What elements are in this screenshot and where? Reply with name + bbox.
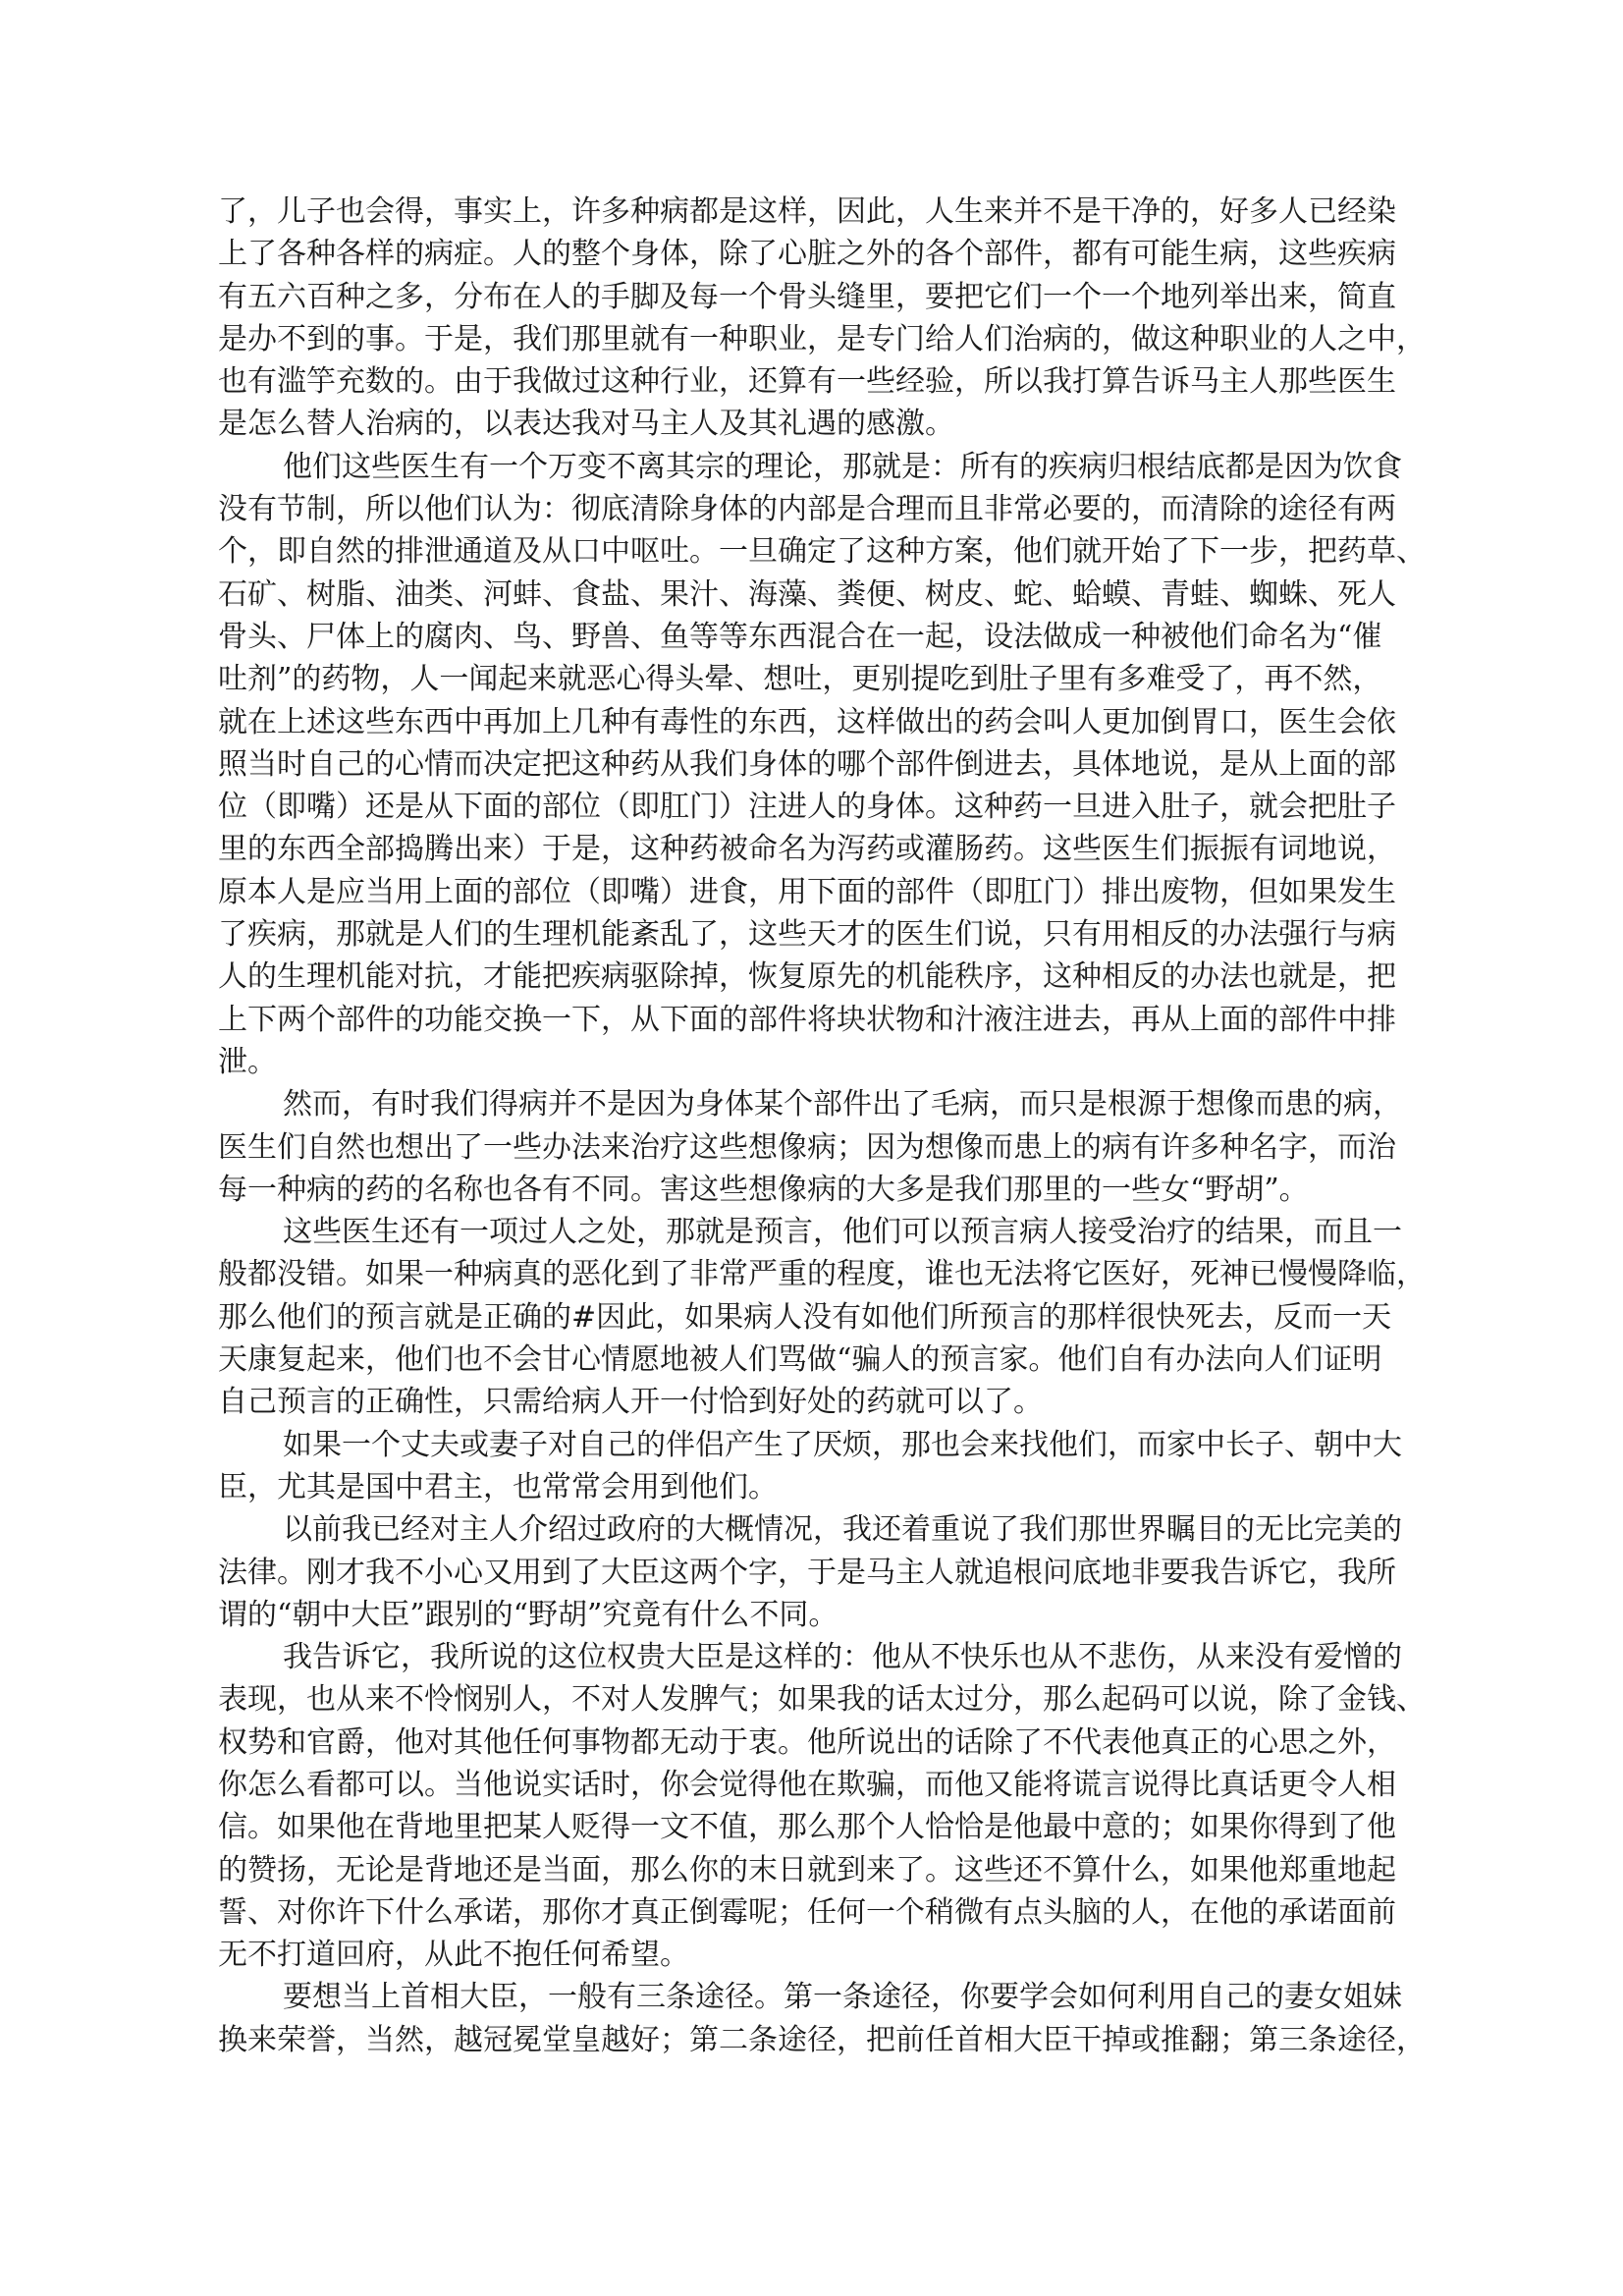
text-line: 然而，有时我们得病并不是因为身体某个部件出了毛病，而只是根源于想像而患的病，: [218, 1083, 1379, 1125]
text-line: 他们这些医生有一个万变不离其宗的理论，那就是：所有的疾病归根结底都是因为饮食: [218, 446, 1379, 488]
text-line: 上了各种各样的病症。人的整个身体，除了心脏之外的各个部件，都有可能生病，这些疾病: [218, 233, 1379, 275]
text-line: 臣，尤其是国中君主，也常常会用到他们。: [218, 1466, 1379, 1508]
paragraph: 我告诉它，我所说的这位权贵大臣是这样的：他从不快乐也从不悲伤，从来没有爱憎的 表…: [218, 1636, 1379, 1976]
text-line: 骨头、尸体上的腐肉、鸟、野兽、鱼等等东西混合在一起，设法做成一种被他们命名为“催: [218, 616, 1379, 658]
text-line: 人的生理机能对抗，才能把疾病驱除掉，恢复原先的机能秩序，这种相反的办法也就是，把: [218, 956, 1379, 998]
text-line: 没有节制，所以他们认为：彻底清除身体的内部是合理而且非常必要的，而清除的途径有两: [218, 488, 1379, 530]
text-line: 换来荣誉，当然，越冠冕堂皇越好；第二条途径，把前任首相大臣干掉或推翻；第三条途径…: [218, 2019, 1379, 2061]
text-line: 的赞扬，无论是背地还是当面，那么你的末日就到来了。这些还不算什么，如果他郑重地起: [218, 1849, 1379, 1891]
paragraph: 以前我已经对主人介绍过政府的大概情况，我还着重说了我们那世界瞩目的无比完美的 法…: [218, 1508, 1379, 1636]
document-page: 了，儿子也会得，事实上，许多种病都是这样，因此，人生来并不是干净的，好多人已经染…: [218, 191, 1379, 2061]
text-line: 谓的“朝中大臣”跟别的“野胡”究竟有什么不同。: [218, 1594, 1379, 1636]
text-line: 如果一个丈夫或妻子对自己的伴侣产生了厌烦，那也会来找他们，而家中长子、朝中大: [218, 1424, 1379, 1466]
text-line: 也有滥竽充数的。由于我做过这种行业，还算有一些经验，所以我打算告诉马主人那些医生: [218, 360, 1379, 403]
text-line: 每一种病的药的名称也各有不同。害这些想像病的大多是我们那里的一些女“野胡”。: [218, 1169, 1379, 1211]
text-line: 是怎么替人治病的，以表达我对马主人及其礼遇的感激。: [218, 403, 1379, 445]
paragraph: 要想当上首相大臣，一般有三条途径。第一条途径，你要学会如何利用自己的妻女姐妹 换…: [218, 1976, 1379, 2061]
paragraph: 如果一个丈夫或妻子对自己的伴侣产生了厌烦，那也会来找他们，而家中长子、朝中大 臣…: [218, 1424, 1379, 1509]
text-line: 是办不到的事。于是，我们那里就有一种职业，是专门给人们治病的，做这种职业的人之中…: [218, 318, 1379, 360]
text-line: 里的东西全部捣腾出来）于是，这种药被命名为泻药或灌肠药。这些医生们振振有词地说，: [218, 828, 1379, 870]
paragraph: 这些医生还有一项过人之处，那就是预言，他们可以预言病人接受治疗的结果，而且一 般…: [218, 1211, 1379, 1423]
text-line: 有五六百种之多，分布在人的手脚及每一个骨头缝里，要把它们一个一个地列举出来，简直: [218, 276, 1379, 318]
text-line: 了疾病，那就是人们的生理机能紊乱了，这些天才的医生们说，只有用相反的办法强行与病: [218, 913, 1379, 956]
text-line: 这些医生还有一项过人之处，那就是预言，他们可以预言病人接受治疗的结果，而且一: [218, 1211, 1379, 1253]
text-line: 就在上述这些东西中再加上几种有毒性的东西，这样做出的药会叫人更加倒胃口，医生会依: [218, 701, 1379, 743]
text-line: 我告诉它，我所说的这位权贵大臣是这样的：他从不快乐也从不悲伤，从来没有爱憎的: [218, 1636, 1379, 1678]
text-line: 以前我已经对主人介绍过政府的大概情况，我还着重说了我们那世界瞩目的无比完美的: [218, 1508, 1379, 1551]
text-line: 了，儿子也会得，事实上，许多种病都是这样，因此，人生来并不是干净的，好多人已经染: [218, 191, 1379, 233]
text-line: 信。如果他在背地里把某人贬得一文不值，那么那个人恰恰是他最中意的；如果你得到了他: [218, 1806, 1379, 1848]
text-line: 法律。刚才我不小心又用到了大臣这两个字，于是马主人就追根问底地非要我告诉它，我所: [218, 1552, 1379, 1594]
text-line: 表现，也从来不怜悯别人，不对人发脾气；如果我的话太过分，那么起码可以说，除了金钱…: [218, 1678, 1379, 1721]
text-line: 要想当上首相大臣，一般有三条途径。第一条途径，你要学会如何利用自己的妻女姐妹: [218, 1976, 1379, 2018]
text-line: 你怎么看都可以。当他说实话时，你会觉得他在欺骗，而他又能将谎言说得比真话更令人相: [218, 1764, 1379, 1806]
text-line: 医生们自然也想出了一些办法来治疗这些想像病；因为想像而患上的病有许多种名字，而治: [218, 1126, 1379, 1169]
paragraph: 了，儿子也会得，事实上，许多种病都是这样，因此，人生来并不是干净的，好多人已经染…: [218, 191, 1379, 446]
text-line: 个，即自然的排泄通道及从口中呕吐。一旦确定了这种方案，他们就开始了下一步，把药草…: [218, 530, 1379, 573]
text-line: 誓、对你许下什么承诺，那你才真正倒霉呢；任何一个稍微有点头脑的人，在他的承诺面前: [218, 1891, 1379, 1934]
text-line: 石矿、树脂、油类、河蚌、食盐、果汁、海藻、粪便、树皮、蛇、蛤蟆、青蛙、蜘蛛、死人: [218, 574, 1379, 616]
text-line: 无不打道回府，从此不抱任何希望。: [218, 1934, 1379, 1976]
text-line: 照当时自己的心情而决定把这种药从我们身体的哪个部件倒进去，具体地说，是从上面的部: [218, 743, 1379, 786]
text-line: 泄。: [218, 1041, 1379, 1083]
text-line: 位（即嘴）还是从下面的部位（即肛门）注进人的身体。这种药一旦进入肚子，就会把肚子: [218, 786, 1379, 828]
paragraph: 然而，有时我们得病并不是因为身体某个部件出了毛病，而只是根源于想像而患的病， 医…: [218, 1083, 1379, 1211]
text-line: 般都没错。如果一种病真的恶化到了非常严重的程度，谁也无法将它医好，死神已慢慢降临…: [218, 1253, 1379, 1295]
text-line: 吐剂”的药物，人一闻起来就恶心得头晕、想吐，更别提吃到肚子里有多难受了，再不然，: [218, 658, 1379, 700]
text-line: 权势和官爵，他对其他任何事物都无动于衷。他所说出的话除了不代表他真正的心思之外，: [218, 1722, 1379, 1764]
text-line: 那么他们的预言就是正确的#因此，如果病人没有如他们所预言的那样很快死去，反而一天: [218, 1296, 1379, 1339]
text-line: 上下两个部件的功能交换一下，从下面的部件将块状物和汁液注进去，再从上面的部件中排: [218, 999, 1379, 1041]
text-line: 自己预言的正确性，只需给病人开一付恰到好处的药就可以了。: [218, 1381, 1379, 1423]
text-line: 天康复起来，他们也不会甘心情愿地被人们骂做“骗人的预言家。他们自有办法向人们证明: [218, 1339, 1379, 1381]
text-line: 原本人是应当用上面的部位（即嘴）进食，用下面的部件（即肛门）排出废物，但如果发生: [218, 871, 1379, 913]
paragraph: 他们这些医生有一个万变不离其宗的理论，那就是：所有的疾病归根结底都是因为饮食 没…: [218, 446, 1379, 1083]
